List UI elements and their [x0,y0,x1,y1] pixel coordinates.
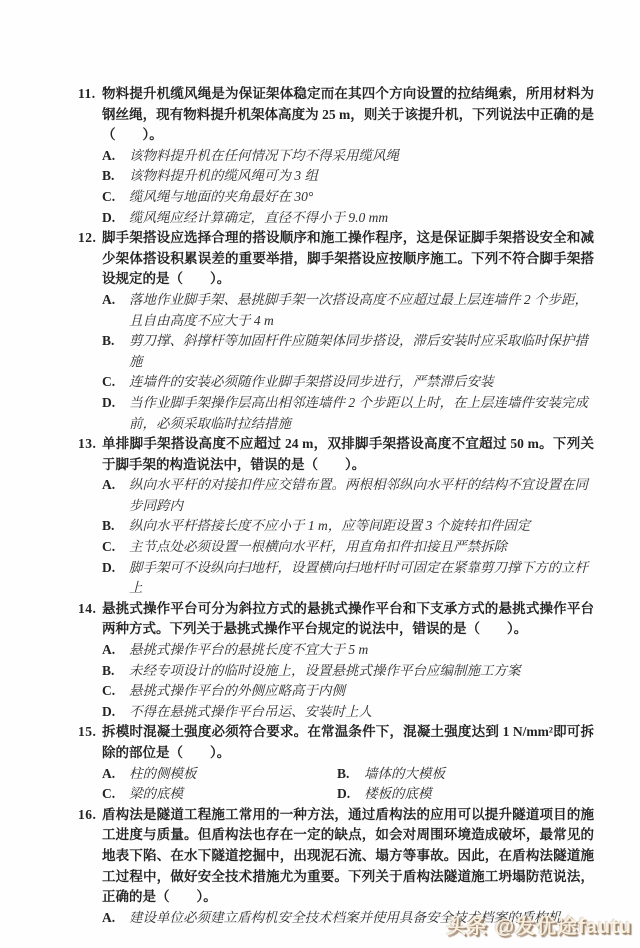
option-label: A. [102,475,129,496]
option-C: C.主节点处必须设置一根横向水平杆，用直角扣件扣接且严禁拆除 [102,537,594,558]
option-B: B.纵向水平杆搭接长度不应小于 1 m，应等间距设置 3 个旋转扣件固定 [102,516,594,537]
option-label: A. [102,290,129,311]
option-text: 当作业脚手架操作层高出相邻连墙件 2 个步距以上时，在上层连墙件安装完成前，必须… [129,395,588,431]
question-stem: 单排脚手架搭设高度不应超过 24 m，双排脚手架搭设高度不宜超过 50 m。下列… [102,434,594,475]
option-label: B. [337,764,364,785]
option-group: A.悬挑式操作平台的悬挑长度不宜大于 5 mB.未经专项设计的临时设施上，设置悬… [102,640,594,722]
option-C: C.缆风绳与地面的夹角最好在 30° [102,187,594,208]
option-label: D. [102,558,129,579]
option-text: 主节点处必须设置一根横向水平杆，用直角扣件扣接且严禁拆除 [129,539,507,554]
option-label: B. [102,516,129,537]
option-text: 该物料提升机的缆风绳可为 3 组 [129,168,318,183]
option-label: C. [102,681,129,702]
option-label: D. [102,208,129,229]
option-label: B. [102,331,129,352]
question-15: 15.拆模时混凝土强度必须符合要求。在常温条件下，混凝土强度达到 1 N/mm²… [78,722,594,804]
option-label: D. [337,784,364,805]
question-number: 14. [78,599,102,620]
option-D: D.脚手架可不设纵向扫地杆，设置横向扫地杆时可固定在紧靠剪刀撑下方的立杆上 [102,558,594,599]
option-text: 悬挑式操作平台的外侧应略高于内侧 [129,683,345,698]
option-group: A.柱的侧模板B.墙体的大模板C.梁的底模D.楼板的底模 [102,764,594,805]
option-A: A.纵向水平杆的对接扣件应交错布置。两根相邻纵向水平杆的结构不宜设置在同步同跨内 [102,475,594,516]
option-D: D.不得在悬挑式操作平台吊运、安装时上人 [102,702,594,723]
question-number: 16. [78,805,102,826]
option-group: A.落地作业脚手架、悬挑脚手架一次搭设高度不应超过最上层连墙件 2 个步距，且自… [102,290,594,434]
option-text: 梁的底模 [129,786,183,801]
option-D: D.当作业脚手架操作层高出相邻连墙件 2 个步距以上时，在上层连墙件安装完成前，… [102,393,594,434]
question-stem: 盾构法是隧道工程施工常用的一种方法，通过盾构法的应用可以提升隧道项目的施工进度与… [102,805,594,908]
option-label: D. [102,393,129,414]
option-text: 连墙件的安装必须随作业脚手架搭设同步进行，严禁滞后安装 [129,374,494,389]
option-label: D. [102,702,129,723]
option-text: 该物料提升机在任何情况下均不得采用缆风绳 [129,148,399,163]
option-label: A. [102,908,129,929]
option-label: B. [102,166,129,187]
question-body: 单排脚手架搭设高度不应超过 24 m，双排脚手架搭设高度不宜超过 50 m。下列… [102,434,594,599]
option-C: C.梁的底模 [102,784,337,805]
question-stem: 悬挑式操作平台可分为斜拉方式的悬挑式操作平台和下支承方式的悬挑式操作平台两种方式… [102,599,594,640]
option-D: D.楼板的底模 [337,784,594,805]
option-D: D.缆风绳应经计算确定，直径不得小于 9.0 mm [102,208,594,229]
option-B: B.该物料提升机的缆风绳可为 3 组 [102,166,594,187]
option-group: A.该物料提升机在任何情况下均不得采用缆风绳B.该物料提升机的缆风绳可为 3 组… [102,146,594,228]
option-text: 不得在悬挑式操作平台吊运、安装时上人 [129,704,372,719]
question-body: 脚手架搭设应选择合理的搭设顺序和施工操作程序，这是保证脚手架搭设安全和减少架体搭… [102,228,594,434]
option-label: A. [102,640,129,661]
option-label: A. [102,764,129,785]
question-list: 11.物料提升机缆风绳是为保证架体稳定而在其四个方向设置的拉结绳索，所用材料为钢… [78,84,594,928]
question-number: 15. [78,722,102,743]
question-number: 11. [78,84,102,105]
question-number: 12. [78,228,102,249]
exam-page: 11.物料提升机缆风绳是为保证架体稳定而在其四个方向设置的拉结绳索，所用材料为钢… [0,0,640,948]
option-text: 剪刀撑、斜撑杆等加固杆件应随架体同步搭设，滞后安装时应采取临时保护措施 [129,333,588,369]
option-label: B. [102,661,129,682]
option-A: A.该物料提升机在任何情况下均不得采用缆风绳 [102,146,594,167]
option-text: 纵向水平杆的对接扣件应交错布置。两根相邻纵向水平杆的结构不宜设置在同步同跨内 [129,477,588,513]
option-text: 脚手架可不设纵向扫地杆，设置横向扫地杆时可固定在紧靠剪刀撑下方的立杆上 [129,560,588,596]
option-text: 落地作业脚手架、悬挑脚手架一次搭设高度不应超过最上层连墙件 2 个步距，且自由高… [129,292,588,328]
option-label: C. [102,372,129,393]
option-text: 未经专项设计的临时设施上，设置悬挑式操作平台应编制施工方案 [129,663,521,678]
option-text: 楼板的底模 [364,786,432,801]
option-C: C.悬挑式操作平台的外侧应略高于内侧 [102,681,594,702]
option-B: B.剪刀撑、斜撑杆等加固杆件应随架体同步搭设，滞后安装时应采取临时保护措施 [102,331,594,372]
option-label: C. [102,784,129,805]
option-A: A.悬挑式操作平台的悬挑长度不宜大于 5 m [102,640,594,661]
option-group: A.纵向水平杆的对接扣件应交错布置。两根相邻纵向水平杆的结构不宜设置在同步同跨内… [102,475,594,599]
question-body: 悬挑式操作平台可分为斜拉方式的悬挑式操作平台和下支承方式的悬挑式操作平台两种方式… [102,599,594,723]
option-C: C.连墙件的安装必须随作业脚手架搭设同步进行，严禁滞后安装 [102,372,594,393]
question-body: 物料提升机缆风绳是为保证架体稳定而在其四个方向设置的拉结绳索，所用材料为钢丝绳，… [102,84,594,228]
option-B: B.墙体的大模板 [337,764,594,785]
watermark: 头条 @发优途fautu [446,910,632,939]
option-label: C. [102,537,129,558]
option-A: A.落地作业脚手架、悬挑脚手架一次搭设高度不应超过最上层连墙件 2 个步距，且自… [102,290,594,331]
option-A: A.柱的侧模板 [102,764,337,785]
option-text: 缆风绳应经计算确定，直径不得小于 9.0 mm [129,210,388,225]
question-12: 12.脚手架搭设应选择合理的搭设顺序和施工操作程序，这是保证脚手架搭设安全和减少… [78,228,594,434]
option-text: 纵向水平杆搭接长度不应小于 1 m，应等间距设置 3 个旋转扣件固定 [129,518,530,533]
option-label: C. [102,187,129,208]
option-text: 墙体的大模板 [364,766,445,781]
option-label: A. [102,146,129,167]
option-B: B.未经专项设计的临时设施上，设置悬挑式操作平台应编制施工方案 [102,661,594,682]
question-body: 拆模时混凝土强度必须符合要求。在常温条件下，混凝土强度达到 1 N/mm²即可拆… [102,722,594,804]
question-stem: 物料提升机缆风绳是为保证架体稳定而在其四个方向设置的拉结绳索，所用材料为钢丝绳，… [102,84,594,146]
option-text: 柱的侧模板 [129,766,197,781]
option-text: 缆风绳与地面的夹角最好在 30° [129,189,313,204]
question-stem: 拆模时混凝土强度必须符合要求。在常温条件下，混凝土强度达到 1 N/mm²即可拆… [102,722,594,763]
question-14: 14.悬挑式操作平台可分为斜拉方式的悬挑式操作平台和下支承方式的悬挑式操作平台两… [78,599,594,723]
option-text: 悬挑式操作平台的悬挑长度不宜大于 5 m [129,642,368,657]
question-11: 11.物料提升机缆风绳是为保证架体稳定而在其四个方向设置的拉结绳索，所用材料为钢… [78,84,594,228]
question-stem: 脚手架搭设应选择合理的搭设顺序和施工操作程序，这是保证脚手架搭设安全和减少架体搭… [102,228,594,290]
question-13: 13.单排脚手架搭设高度不应超过 24 m，双排脚手架搭设高度不宜超过 50 m… [78,434,594,599]
question-number: 13. [78,434,102,455]
